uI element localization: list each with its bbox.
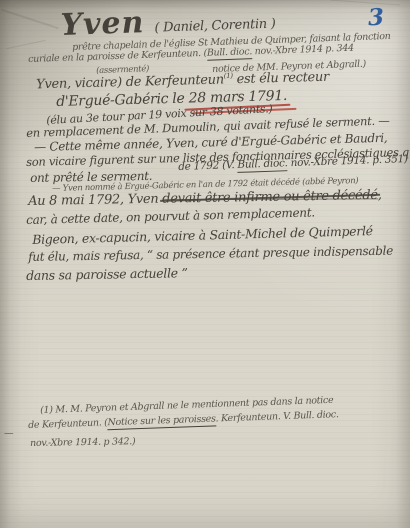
citation-underlined: Notice sur les paroisses (107, 413, 215, 430)
citation-underlined: Bull. dioc. (237, 157, 288, 173)
citation-underlined: Bull. dioc. (207, 46, 253, 61)
title-name: Yven (60, 5, 145, 43)
manuscript-line: fut élu, mais refusa, “ sa présence étan… (28, 244, 393, 264)
line-text: de Kerfeunteun. ( (28, 417, 108, 431)
line-text: de 1792 (V. (178, 159, 238, 173)
line-text: nov.-Xbre 1914 p. 344 (252, 43, 354, 58)
manuscript-page: 3 Yven ( Daniel, Corentin ) prêtre chape… (0, 0, 410, 528)
struck-through-text: devait être infirme ou être décédé (162, 188, 378, 207)
manuscript-line: car, à cette date, on pourvut à son remp… (26, 205, 315, 227)
page-number: 3 (367, 4, 384, 32)
paper-crease (6, 40, 45, 49)
paper-crease (330, 0, 400, 5)
line-text: est élu recteur (233, 70, 329, 88)
manuscript-line: Bigeon, ex-capucin, vicaire à Saint-Mich… (32, 223, 373, 247)
paper-crease (1, 9, 59, 29)
manuscript-line: dans sa paroisse actuelle ” (26, 265, 188, 283)
footnote-line: nov.-Xbre 1914. p 342.) (30, 436, 135, 449)
margin-dash: — (4, 428, 13, 439)
line-text: curiale en la paroisse de Kerfeunteun. ( (28, 48, 207, 65)
title-given-names: ( Daniel, Corentin ) (154, 16, 275, 35)
line-text: . Kerfeunteun. V. Bull. dioc. (215, 409, 338, 424)
line-text: Au 8 mai 1792, Yven (28, 192, 162, 209)
footnote-ref: (1) (224, 72, 233, 80)
line-text: . (283, 88, 288, 104)
